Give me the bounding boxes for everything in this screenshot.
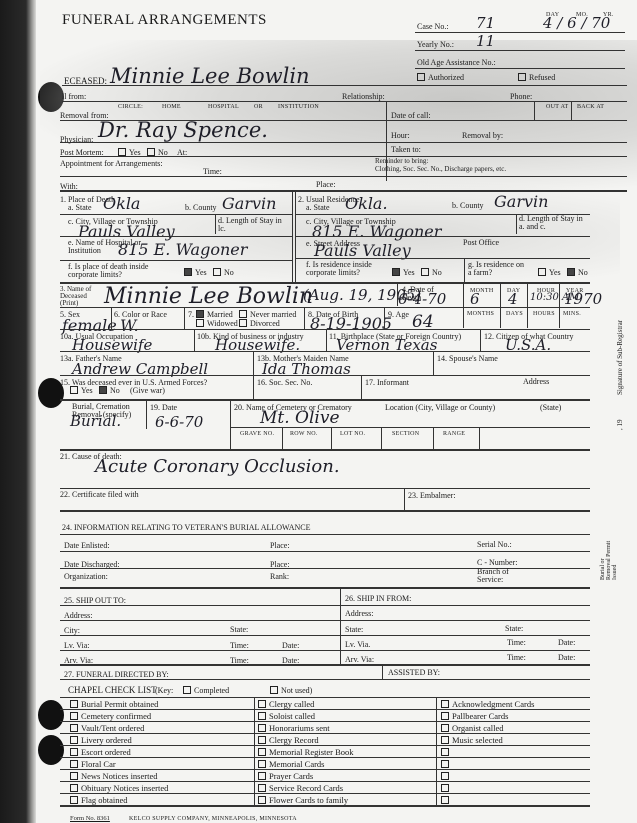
case-no-value: 71 bbox=[476, 14, 495, 32]
checkbox[interactable] bbox=[70, 772, 78, 780]
checkbox-checked[interactable] bbox=[392, 268, 400, 276]
ship-in-address-label: Address: bbox=[345, 609, 373, 618]
checkbox[interactable] bbox=[118, 148, 126, 156]
not-used-key-icon bbox=[270, 686, 278, 694]
checkbox[interactable] bbox=[538, 268, 546, 276]
death-corporate-yes[interactable]: Yes bbox=[184, 268, 207, 277]
institution-option[interactable]: INSTITUTION bbox=[278, 103, 319, 112]
name-label: 3. Name of Deceased (Print) bbox=[60, 286, 102, 307]
never-married-option[interactable]: Never married bbox=[239, 310, 296, 319]
widowed-option[interactable]: Widowed bbox=[196, 319, 238, 328]
circle-label: CIRCLE: bbox=[118, 103, 143, 112]
serial-no-label: Serial No.: bbox=[477, 540, 512, 549]
hospital-option[interactable]: HOSPITAL bbox=[208, 103, 239, 112]
death-state-value: Okla bbox=[103, 194, 140, 213]
checkbox[interactable] bbox=[441, 712, 449, 720]
assisted-by-label: ASSISTED BY: bbox=[388, 668, 440, 677]
checkbox[interactable] bbox=[441, 724, 449, 732]
check-blank[interactable] bbox=[441, 759, 452, 769]
checkbox[interactable] bbox=[196, 319, 204, 327]
check-burial-permit[interactable]: Burial Permit obtained bbox=[70, 699, 158, 709]
disposition-date-value: 6-6-70 bbox=[155, 413, 203, 431]
death-corporate-label: f. Is place of death inside corporate li… bbox=[68, 263, 178, 279]
range-header: RANGE bbox=[443, 430, 465, 439]
time-label: Time: bbox=[203, 167, 222, 176]
certificate-label: 22. Certificate filed with bbox=[60, 491, 140, 499]
check-memorial-cards[interactable]: Memorial Cards bbox=[258, 759, 324, 769]
removal-by-label: Removal by: bbox=[462, 131, 503, 140]
checkbox[interactable] bbox=[441, 700, 449, 708]
res-corporate-label: f. Is residence inside corporate limits? bbox=[306, 261, 386, 277]
punch-hole bbox=[38, 700, 64, 730]
cemetery-value: Mt. Olive bbox=[260, 408, 340, 428]
res-county-label: b. County bbox=[452, 201, 484, 210]
check-music-selected[interactable]: Music selected bbox=[441, 735, 503, 745]
publisher: KELCO SUPPLY COMPANY, MINNEAPOLIS, MINNE… bbox=[129, 815, 297, 823]
check-organist-called[interactable]: Organist called bbox=[441, 723, 504, 733]
check-blank[interactable] bbox=[441, 783, 452, 793]
location-label: Location (City, Village or County) bbox=[385, 403, 495, 412]
disposition-date-label: 19. Date bbox=[150, 403, 177, 412]
check-blank[interactable] bbox=[441, 747, 452, 757]
phone-label: Phone: bbox=[510, 92, 532, 101]
informant-label: 17. Informant bbox=[365, 378, 409, 387]
relationship-label: Relationship: bbox=[342, 92, 385, 101]
place-label: Place: bbox=[316, 180, 336, 189]
reminder-items: Clothing, Soc. Sec. No., Discharge paper… bbox=[375, 165, 506, 174]
check-clergy-record[interactable]: Clergy Record bbox=[258, 735, 319, 745]
check-news-notices[interactable]: News Notices inserted bbox=[70, 771, 157, 781]
checkbox[interactable] bbox=[421, 268, 429, 276]
directed-by-label: 27. FUNERAL DIRECTED BY: bbox=[64, 670, 169, 679]
out-at-label: OUT AT bbox=[546, 103, 569, 112]
branch-label: Branch of Service: bbox=[477, 568, 527, 584]
checkbox[interactable] bbox=[239, 310, 247, 318]
punch-hole bbox=[38, 735, 64, 765]
or-label: OR bbox=[254, 103, 263, 112]
checkbox[interactable] bbox=[213, 268, 221, 276]
check-escort[interactable]: Escort ordered bbox=[70, 747, 131, 757]
ship-in-lv-via-label: Lv. Via. bbox=[345, 640, 370, 649]
ship-in-lv-time-label: Time: bbox=[507, 638, 526, 647]
checkbox[interactable] bbox=[70, 796, 78, 804]
refused-option[interactable]: Refused bbox=[518, 73, 555, 82]
ship-in-state2-label: State: bbox=[505, 624, 523, 633]
ship-out-title: 25. SHIP OUT TO: bbox=[64, 596, 126, 605]
spouse-label: 14. Spouse's Name bbox=[437, 354, 498, 363]
ship-in-state-label: State: bbox=[345, 625, 363, 634]
row-no-header: ROW NO. bbox=[290, 430, 318, 439]
not-used-key: Not used) bbox=[270, 686, 312, 695]
grave-no-header: GRAVE NO. bbox=[240, 430, 274, 439]
ship-in-arv-via-label: Arv. Via: bbox=[345, 655, 374, 664]
check-cemetery-confirmed[interactable]: Cemetery confirmed bbox=[70, 711, 151, 721]
hospital-value: 815 E. Wagoner bbox=[118, 240, 247, 259]
checkbox[interactable] bbox=[258, 796, 266, 804]
burial-value: Burial. bbox=[70, 412, 121, 430]
cause-value: Acute Coronary Occlusion. bbox=[95, 456, 340, 477]
age-label: 9. Age bbox=[388, 310, 409, 319]
disposition-state-label: (State) bbox=[540, 403, 561, 412]
scan-binding-edge bbox=[0, 0, 36, 823]
checkbox[interactable] bbox=[70, 700, 78, 708]
checkbox[interactable] bbox=[441, 760, 449, 768]
dod-year: 1970 bbox=[564, 290, 602, 308]
c-number-label: C - Number: bbox=[477, 558, 517, 567]
ship-in-title: 26. SHIP IN FROM: bbox=[345, 594, 411, 603]
check-livery[interactable]: Livery ordered bbox=[70, 735, 132, 745]
checkbox[interactable] bbox=[258, 784, 266, 792]
check-blank[interactable] bbox=[441, 771, 452, 781]
physician-value: Dr. Ray Spence. bbox=[98, 118, 268, 142]
ship-in-arv-time-label: Time: bbox=[507, 653, 526, 662]
check-honorariums[interactable]: Honorariums sent bbox=[258, 723, 330, 733]
form-number: Form No. 8361 bbox=[70, 814, 110, 823]
completed-key-icon bbox=[183, 686, 191, 694]
res-stay-label: d. Length of Stay in a. and c. bbox=[519, 215, 589, 231]
organization-label: Organization: bbox=[64, 572, 108, 581]
authorized-option[interactable]: Authorized bbox=[417, 73, 464, 82]
checkbox[interactable] bbox=[258, 724, 266, 732]
veteran-section-title: 24. INFORMATION RELATING TO VETERAN'S BU… bbox=[62, 523, 310, 532]
death-corporate-no[interactable]: No bbox=[213, 268, 234, 277]
dod-value: 6-4-70 bbox=[398, 290, 446, 308]
post-office-label: Post Office bbox=[463, 238, 499, 247]
checkbox[interactable] bbox=[258, 712, 266, 720]
checkbox[interactable] bbox=[441, 796, 449, 804]
ship-in-lv-date-label: Date: bbox=[558, 638, 575, 647]
ship-out-lv-via-label: Lv. Via: bbox=[64, 641, 90, 650]
res-corporate-no[interactable]: No bbox=[421, 268, 442, 277]
checkbox-checked[interactable] bbox=[99, 386, 107, 394]
age-days-header: DAYS bbox=[506, 310, 523, 319]
res-county-value: Garvin bbox=[494, 192, 548, 211]
case-date-value: 4 / 6 / 70 bbox=[543, 14, 610, 32]
check-floral-car[interactable]: Floral Car bbox=[70, 759, 116, 769]
farm-no[interactable]: No bbox=[567, 268, 588, 277]
check-acknowledgment-cards[interactable]: Acknowledgment Cards bbox=[441, 699, 534, 709]
checkbox[interactable] bbox=[70, 386, 78, 394]
permit-issued-label: Burial or Removal Permit Issued bbox=[600, 540, 618, 580]
case-no-label: Case No.: bbox=[417, 22, 449, 31]
hour-label: Hour: bbox=[391, 131, 410, 140]
checkbox-checked[interactable] bbox=[567, 268, 575, 276]
check-pallbearer-cards[interactable]: Pallbearer Cards bbox=[441, 711, 508, 721]
checkbox[interactable] bbox=[258, 700, 266, 708]
armed-yes[interactable]: Yes bbox=[70, 386, 93, 395]
checkbox[interactable] bbox=[258, 760, 266, 768]
checkbox[interactable] bbox=[441, 772, 449, 780]
taken-to-label: Taken to: bbox=[391, 145, 421, 154]
check-blank[interactable] bbox=[441, 795, 452, 805]
call-from-label: ll from: bbox=[62, 92, 86, 101]
death-county-label: b. County bbox=[185, 203, 217, 212]
name-value: Minnie Lee Bowlin bbox=[104, 284, 313, 309]
checkbox[interactable] bbox=[239, 319, 247, 327]
death-stay-label: d. Length of Stay in lc. bbox=[218, 217, 288, 233]
ship-out-state-label: State: bbox=[230, 625, 248, 634]
dod-month: 6 bbox=[470, 290, 480, 308]
checkbox-checked[interactable] bbox=[196, 310, 204, 318]
check-memorial-register[interactable]: Memorial Register Book bbox=[258, 747, 354, 757]
check-soloist-called[interactable]: Soloist called bbox=[258, 711, 315, 721]
signature-sub-registrar-label: Signature of Sub-Registrar bbox=[616, 320, 624, 395]
old-age-label: Old Age Assistance No.: bbox=[417, 58, 496, 67]
checkbox[interactable] bbox=[417, 73, 425, 81]
yearly-no-label: Yearly No.: bbox=[417, 40, 454, 49]
check-service-record[interactable]: Service Record Cards bbox=[258, 783, 343, 793]
checkbox[interactable] bbox=[70, 784, 78, 792]
checkbox[interactable] bbox=[441, 736, 449, 744]
death-county-value: Garvin bbox=[222, 194, 276, 213]
check-flower-cards[interactable]: Flower Cards to family bbox=[258, 795, 348, 805]
checkbox-checked[interactable] bbox=[184, 268, 192, 276]
enlisted-place-label: Place: bbox=[270, 541, 290, 550]
res-state-value: Okla. bbox=[345, 194, 388, 213]
appointment-label: Appointment for Arrangements: bbox=[60, 159, 163, 168]
lot-no-header: LOT NO. bbox=[340, 430, 365, 439]
check-prayer-cards[interactable]: Prayer Cards bbox=[258, 771, 313, 781]
res-state-label: a. State bbox=[306, 203, 330, 212]
date-of-call-label: Date of call: bbox=[391, 111, 431, 120]
checkbox[interactable] bbox=[70, 724, 78, 732]
checkbox[interactable] bbox=[258, 772, 266, 780]
checkbox[interactable] bbox=[70, 736, 78, 744]
farm-label: g. Is residence on a farm? bbox=[468, 261, 528, 277]
ship-out-lv-date-label: Date: bbox=[282, 641, 299, 650]
armed-no[interactable]: No bbox=[99, 386, 120, 395]
checkbox[interactable] bbox=[258, 748, 266, 756]
give-war-label: (Give war) bbox=[130, 386, 165, 395]
ship-out-city-label: City: bbox=[64, 626, 80, 635]
checkbox[interactable] bbox=[258, 736, 266, 744]
reminder-label: Reminder to bring: bbox=[375, 158, 428, 165]
checkbox[interactable] bbox=[441, 784, 449, 792]
check-clergy-called[interactable]: Clergy called bbox=[258, 699, 314, 709]
permit-year-label: , 19 bbox=[616, 420, 624, 431]
married-option[interactable]: Married bbox=[196, 310, 233, 319]
age-mins-header: MINS. bbox=[563, 310, 581, 319]
marital-label: 7. bbox=[188, 310, 194, 319]
divorced-option[interactable]: Divorced bbox=[239, 319, 280, 328]
farm-yes[interactable]: Yes bbox=[538, 268, 561, 277]
rank-label: Rank: bbox=[270, 572, 289, 581]
check-flag[interactable]: Flag obtained bbox=[70, 795, 128, 805]
completed-key: Completed bbox=[183, 686, 229, 695]
embalmer-label: 23. Embalmer: bbox=[408, 491, 456, 500]
dod-day: 4 bbox=[508, 290, 518, 308]
ship-out-lv-time-label: Time: bbox=[230, 641, 249, 650]
death-state-label: a. State bbox=[68, 203, 92, 212]
ship-in-arv-date-label: Date: bbox=[558, 653, 575, 662]
age-hours-header: HOURS bbox=[533, 310, 555, 319]
check-vault-tent[interactable]: Vault/Tent ordered bbox=[70, 723, 144, 733]
address-label: Address bbox=[523, 377, 549, 386]
dob-value: 8-19-1905 bbox=[310, 314, 392, 333]
checkbox[interactable] bbox=[147, 148, 155, 156]
ship-out-address-label: Address: bbox=[64, 611, 92, 620]
res-corporate-yes[interactable]: Yes bbox=[392, 268, 415, 277]
checklist-title: CHAPEL CHECK LIST bbox=[68, 686, 157, 695]
check-obituary-notices[interactable]: Obituary Notices inserted bbox=[70, 783, 168, 793]
checkbox[interactable] bbox=[518, 73, 526, 81]
back-at-label: BACK AT bbox=[577, 103, 604, 112]
form-title: FUNERAL ARRANGEMENTS bbox=[62, 12, 267, 29]
ssn-label: 16. Soc. Sec. No. bbox=[257, 378, 312, 387]
key-label: (Key: bbox=[155, 686, 173, 695]
age-months-header: MONTHS bbox=[467, 310, 494, 319]
checkbox[interactable] bbox=[70, 760, 78, 768]
checkbox[interactable] bbox=[441, 748, 449, 756]
home-option[interactable]: HOME bbox=[162, 103, 181, 112]
yearly-no-value: 11 bbox=[476, 32, 495, 50]
date-enlisted-label: Date Enlisted: bbox=[64, 541, 110, 550]
section-header: SECTION bbox=[392, 430, 419, 439]
checkbox[interactable] bbox=[70, 712, 78, 720]
checkbox[interactable] bbox=[70, 748, 78, 756]
